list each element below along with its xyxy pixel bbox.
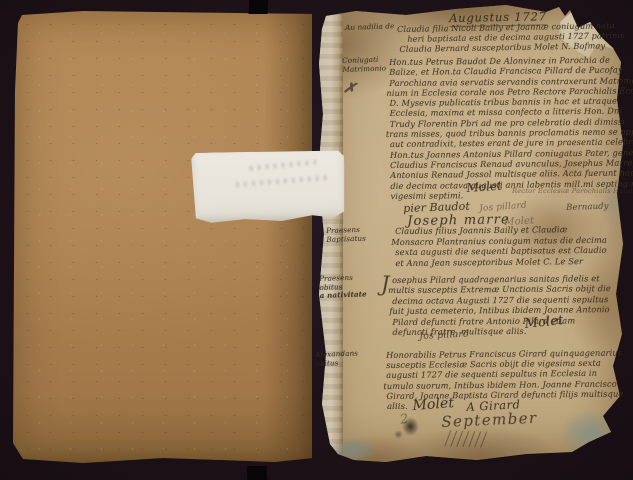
priest-signoff: Molet bbox=[412, 395, 455, 414]
tally-strokes: /////// bbox=[445, 428, 488, 452]
manuscript-line: aliis. bbox=[387, 402, 408, 412]
margin-note: Coniugati Matrimonio bbox=[342, 55, 386, 74]
margin-note: Alexandans obitus bbox=[315, 350, 358, 369]
register-entry: osephus Pilard quadragenarius sanitas fi… bbox=[392, 273, 611, 337]
margin-note: Praesens obitus a nativitate bbox=[319, 273, 367, 300]
ink-blot bbox=[394, 430, 403, 439]
margin-note-line: Matrimonio bbox=[342, 64, 386, 74]
margin-note: Praesens Baptisatus bbox=[326, 226, 366, 245]
signature: Jos pillard bbox=[419, 328, 470, 342]
register-entry: Honorabilis Petrus Franciscus Girard qui… bbox=[386, 348, 623, 401]
register-entry: Claudius filius Joannis Bailly et Claudi… bbox=[395, 224, 607, 269]
register-entry: Claudia filia Nicoli Bailly et Joannæ co… bbox=[397, 20, 625, 54]
scanned-book-spread: Augustus 1727 Au nadilia de Claudia fili… bbox=[0, 0, 633, 480]
cross-mark: ✗ bbox=[342, 78, 358, 98]
margin-note-line: Au nadilia de bbox=[345, 22, 395, 32]
margin-note-line: obitus bbox=[315, 358, 358, 368]
handwriting-layer: Augustus 1727 Au nadilia de Claudia fili… bbox=[0, 0, 633, 480]
manuscript-line: fuit justa cemeterio, Intibus ibidem Joa… bbox=[389, 304, 611, 316]
margin-note-line: a nativitate bbox=[320, 291, 367, 301]
margin-note: Au nadilia de bbox=[345, 22, 395, 32]
margin-note-line: Baptisatus bbox=[326, 234, 366, 244]
signoff-tail: Rector Ecclesiæ Parochialis Humbla bbox=[512, 187, 633, 195]
ink-blot bbox=[402, 417, 419, 436]
signature: Bernaudy bbox=[566, 202, 609, 213]
priest-signoff: Molet bbox=[466, 179, 503, 195]
register-entry: Hon.tus Petrus Baudot De Alonvinez in Pa… bbox=[389, 54, 633, 201]
manuscript-line: et Anna Jean susceptoribus Molet C. Le S… bbox=[395, 256, 607, 269]
